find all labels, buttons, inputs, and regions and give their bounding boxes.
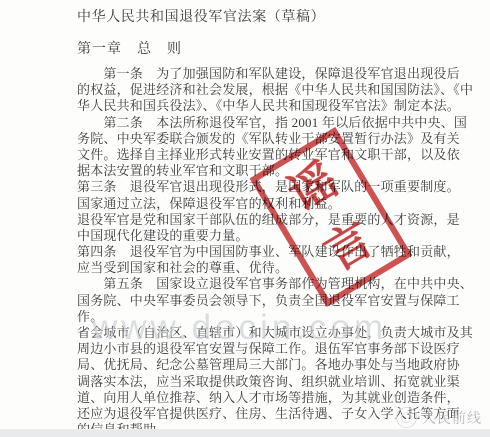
document-line: 第三条 退役军官退出现役形式，是国家和军队的一项重要制度。 bbox=[77, 179, 469, 195]
document-line: 道、向用人单位推荐、纳入人才市场等措施，为其就业创造条件， bbox=[77, 390, 469, 406]
document-line: 的权益，促进经济和社会发展，根据《中华人民共和国国防法》、《中 bbox=[77, 82, 469, 98]
document-line: 第二条 本法所称退役军官，指 2001 年以后依据中共中央、国 bbox=[77, 115, 469, 131]
document-line: 第五条 国家设立退役军官事务部作为管理机构，在中共中央、 bbox=[77, 276, 469, 292]
document-line: 还应为退役军官提供医疗、住房、生活待遇、子女入学入托等方面 bbox=[77, 406, 469, 422]
document-line: 据本法安置的转业军官和文职干部。 bbox=[77, 163, 469, 179]
document-line: 退役军官是党和国家干部队伍的组成部分，是重要的人才资源，是 bbox=[77, 212, 469, 228]
document-line: 应当受到国家和社会的尊重、优待。 bbox=[77, 260, 469, 276]
document-line: 作。 bbox=[77, 309, 469, 325]
document-line: 局、优抚局、纪念公墓管理局三大部门。各地办事处与当地政府协 bbox=[77, 357, 469, 373]
document-line: 文件。选择自主择业形式转业安置的转业军官和文职干部，以及依 bbox=[77, 147, 469, 163]
document-line: 周边小市县的退役军官安置与保障工作。退伍军官事务部下设医疗 bbox=[77, 341, 469, 357]
document-line: 中国现代化建设的重要力量。 bbox=[77, 228, 469, 244]
document-line: 第四条 退役军官为中国国防事业、军队建设作出了牺牲和贡献， bbox=[77, 244, 469, 260]
document-line: 调落实本法，应当采取提供政策咨询、组织就业培训、拓宽就业渠 bbox=[77, 374, 469, 390]
document-line: 省会城市（自治区、直辖市）和大城市设立办事处，负责大城市及其 bbox=[77, 325, 469, 341]
document-lines: 第一条 为了加强国防和军队建设，保障退役军官退出现役后的权益，促进经济和社会发展… bbox=[77, 66, 469, 437]
bottom-bar bbox=[0, 429, 490, 437]
document-line: 务院、中央军委联合颁发的《军队转业干部安置暂行办法》及有关 bbox=[77, 131, 469, 147]
document-line: 国家通过立法，保障退役军官的权利和利益。 bbox=[77, 196, 469, 212]
document-line: 第一条 为了加强国防和军队建设，保障退役军官退出现役后 bbox=[77, 66, 469, 82]
document-page: 中华人民共和国退役军官法案（草稿） 第一章 总 则 第一条 为了加强国防和军队建… bbox=[0, 0, 490, 437]
document-line: 华人民共和国兵役法》、《中华人民共和国现役军官法》制定本法。 bbox=[77, 98, 469, 114]
chapter-heading: 第一章 总 则 bbox=[77, 38, 182, 58]
document-line: 国务院、中央军事委员会领导下，负责全国退役军官安置与保障工 bbox=[77, 293, 469, 309]
document-title: 中华人民共和国退役军官法案（草稿） bbox=[77, 6, 325, 26]
